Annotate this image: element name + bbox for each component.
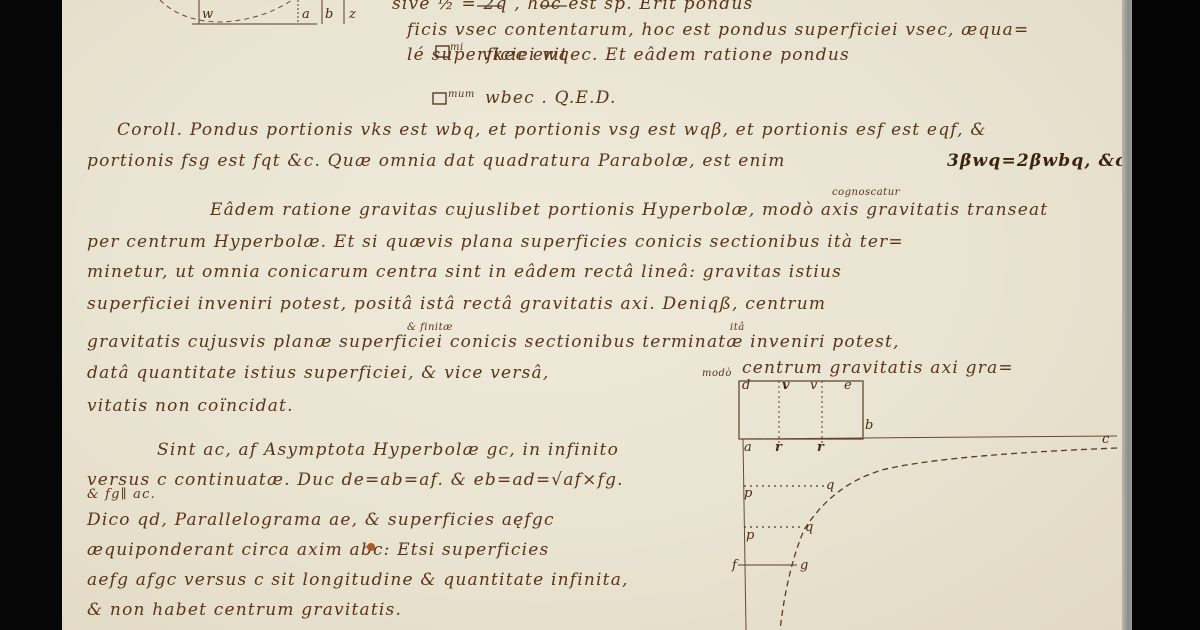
text-line-14: versus c continuatæ. Duc de=ab=af. & eb=… [87, 470, 624, 490]
text-line-19: & non habet centrum gravitatis. [87, 600, 402, 620]
manuscript-page: w a b z sive ½ = 2q , hoc est sp. Erit p… [62, 0, 1122, 630]
scan-background-right [1132, 0, 1200, 630]
text-line-6: Eâdem ratione gravitas cujuslibet portio… [210, 200, 1048, 220]
fig-label-p1: p [744, 486, 752, 501]
equation: 3βwq=2βwbq, &c [947, 151, 1122, 171]
fig-label-w: w [202, 7, 213, 22]
fig-label-f: f [732, 558, 737, 573]
fig-label-r2: r [817, 440, 824, 455]
interlinear-note-cognoscatur: cognoscatur [832, 187, 900, 198]
fig-label-c: c [1102, 432, 1109, 447]
fig-label-a: a [302, 7, 310, 22]
ink-stain [367, 543, 375, 551]
fig-label-a: a [744, 440, 752, 455]
text-line-16: Dico qd, Parallelograma ae, & superficie… [87, 510, 555, 530]
text-line-17: æquiponderant circa axim abc: Etsi super… [87, 540, 549, 560]
fig-label-z: z [349, 7, 356, 22]
text-line-15: & fg∥ ac. [87, 487, 156, 502]
text-line-7: per centrum Hyperbolæ. Et si quævis plan… [87, 232, 904, 252]
text-line-11c: centrum gravitatis axi gra= [742, 358, 1014, 378]
square-superscript-mum: mum [448, 89, 475, 100]
page-edge [1122, 0, 1132, 630]
fig-label-d: d [742, 378, 750, 393]
square-superscript-mi: mi [450, 42, 464, 53]
text-line-2b: vkec erit [482, 45, 568, 65]
fig-label-g: g [800, 558, 808, 573]
fig-label-v1: v [782, 378, 790, 393]
text-line-12: vitatis non coïncidat. [87, 396, 294, 416]
fig-label-b: b [865, 418, 873, 433]
fig-label-p2: p [746, 528, 754, 543]
text-line-13: Sint ac, af Asymptota Hyperbolæ gc, in i… [157, 440, 619, 460]
fig-label-b: b [325, 7, 333, 22]
scan-background-left [0, 0, 62, 630]
text-line-5: portionis fsg est fqt &c. Quæ omnia dat … [87, 151, 786, 171]
fig-label-e: e [844, 378, 852, 393]
text-line-10: gravitatis cujusvis planæ superficiei co… [87, 332, 900, 352]
text-line-3: wbec . Q.E.D. [485, 88, 617, 108]
fig-label-r1: r [775, 440, 782, 455]
text-line-2: lé superficiei wqec. Et eâdem ratione po… [407, 45, 850, 65]
text-line-4: Coroll. Pondus portionis vks est wbq, et… [117, 120, 987, 140]
text-line-0: sive ½ = 2q , hoc est sp. Erit pondus [392, 0, 753, 14]
text-line-1: ficis vsec contentarum, hoc est pondus s… [407, 20, 1029, 40]
fig-label-v2: v [810, 378, 817, 393]
fig-label-q1: q [826, 478, 834, 493]
interlinear-note-modo: modò [702, 368, 732, 379]
text-line-8: minetur, ut omnia conicarum centra sint … [87, 262, 842, 282]
text-line-18: aefg afgc versus c sit longitudine & qua… [87, 570, 629, 590]
text-line-11: datâ quantitate istius superficiei, & vi… [87, 363, 550, 383]
text-line-9: superficiei inveniri potest, positâ istâ… [87, 294, 826, 314]
fig-label-q2: q [805, 520, 813, 535]
